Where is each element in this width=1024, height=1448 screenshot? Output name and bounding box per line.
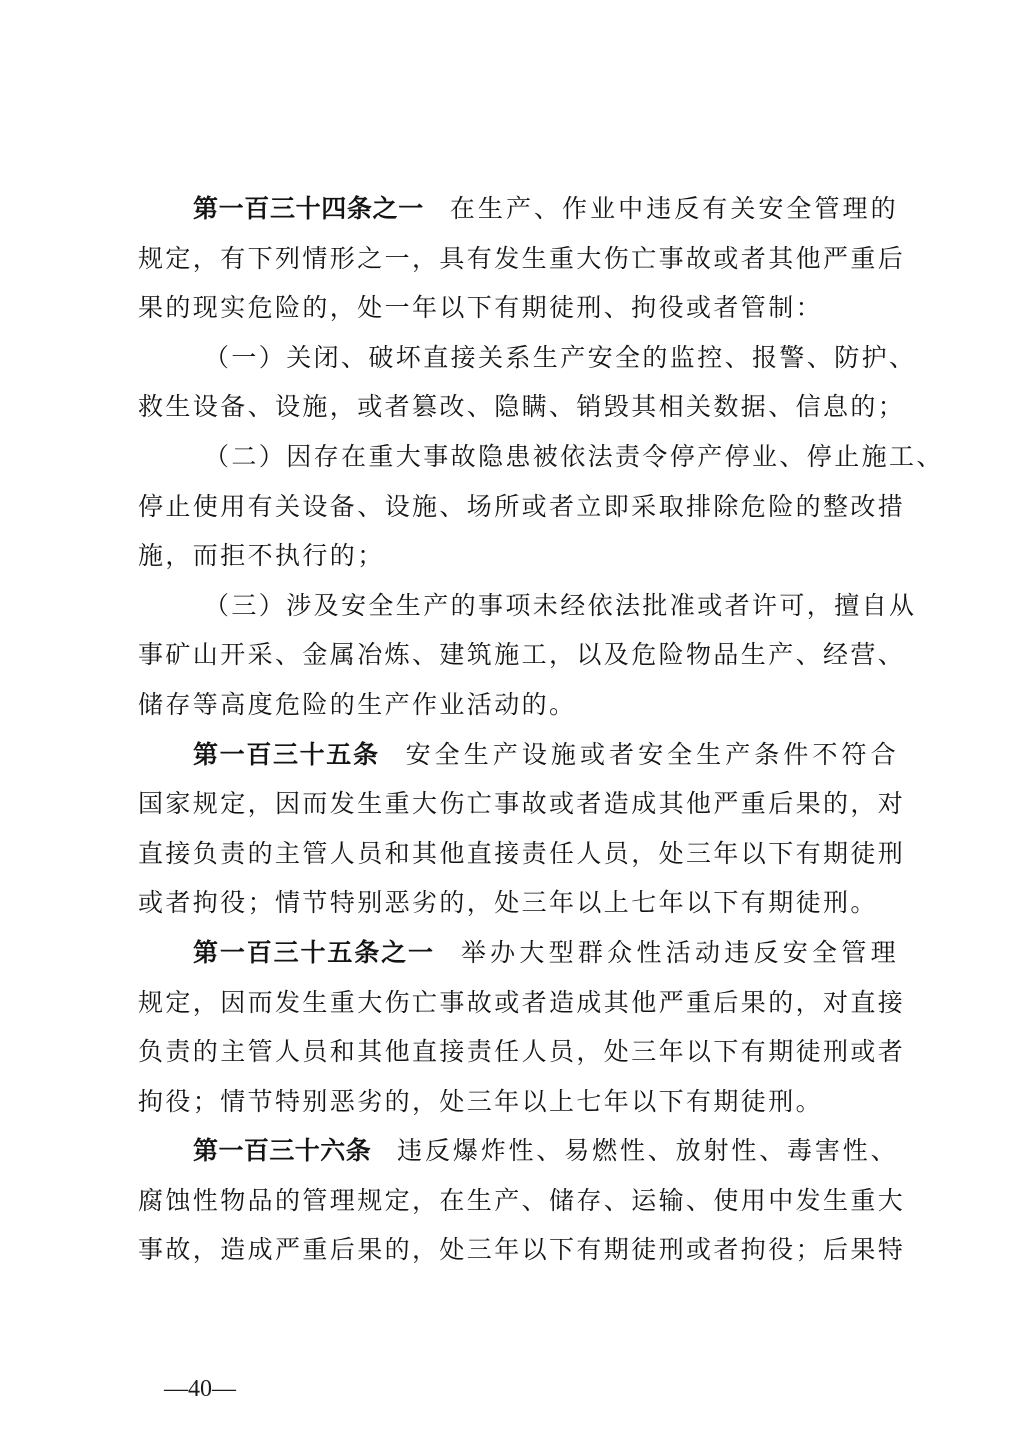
item-2-line-1: （二）因存在重大事故隐患被依法责令停产停业、停止施工、: [138, 432, 898, 482]
article-text: 举办大型群众性活动违反安全管理: [461, 938, 898, 967]
article-136-line-1: 第一百三十六条违反爆炸性、易燃性、放射性、毒害性、: [138, 1126, 898, 1176]
article-135-1-line-2: 规定，因而发生重大伤亡事故或者造成其他严重后果的，对直接: [138, 978, 898, 1028]
article-text: 安全生产设施或者安全生产条件不符合: [406, 740, 898, 769]
document-body: 第一百三十四条之一在生产、作业中违反有关安全管理的 规定，有下列情形之一，具有发…: [138, 184, 898, 1275]
article-136-line-2: 腐蚀性物品的管理规定，在生产、储存、运输、使用中发生重大: [138, 1176, 898, 1226]
item-2-line-3: 施，而拒不执行的；: [138, 531, 898, 581]
article-135-line-3: 直接负责的主管人员和其他直接责任人员，处三年以下有期徒刑: [138, 829, 898, 879]
item-1-line-2: 救生设备、设施，或者篡改、隐瞒、销毁其相关数据、信息的；: [138, 382, 898, 432]
item-3-line-3: 储存等高度危险的生产作业活动的。: [138, 680, 898, 730]
article-text: 在生产、作业中违反有关安全管理的: [450, 194, 898, 223]
article-heading: 第一百三十六条: [193, 1136, 371, 1165]
article-heading: 第一百三十五条之一: [193, 938, 435, 967]
article-134-1-line-2: 规定，有下列情形之一，具有发生重大伤亡事故或者其他严重后: [138, 234, 898, 284]
item-2-line-2: 停止使用有关设备、设施、场所或者立即采取排除危险的整改措: [138, 482, 898, 532]
article-135-line-2: 国家规定，因而发生重大伤亡事故或者造成其他严重后果的，对: [138, 779, 898, 829]
article-134-1-line-3: 果的现实危险的，处一年以下有期徒刑、拘役或者管制：: [138, 283, 898, 333]
item-3-line-2: 事矿山开采、金属冶炼、建筑施工，以及危险物品生产、经营、: [138, 630, 898, 680]
item-3-line-1: （三）涉及安全生产的事项未经依法批准或者许可，擅自从: [138, 581, 898, 631]
article-heading: 第一百三十五条: [193, 740, 380, 769]
page-number: —40—: [164, 1376, 236, 1403]
article-136-line-3: 事故，造成严重后果的，处三年以下有期徒刑或者拘役；后果特: [138, 1225, 898, 1275]
article-135-1-line-4: 拘役；情节特别恶劣的，处三年以上七年以下有期徒刑。: [138, 1077, 898, 1127]
article-135-1-line-1: 第一百三十五条之一举办大型群众性活动违反安全管理: [138, 928, 898, 978]
article-135-1-line-3: 负责的主管人员和其他直接责任人员，处三年以下有期徒刑或者: [138, 1027, 898, 1077]
article-134-1-line-1: 第一百三十四条之一在生产、作业中违反有关安全管理的: [138, 184, 898, 234]
item-1-line-1: （一）关闭、破坏直接关系生产安全的监控、报警、防护、: [138, 333, 898, 383]
article-heading: 第一百三十四条之一: [193, 194, 424, 223]
article-text: 违反爆炸性、易燃性、放射性、毒害性、: [397, 1136, 898, 1165]
article-135-line-1: 第一百三十五条安全生产设施或者安全生产条件不符合: [138, 730, 898, 780]
article-135-line-4: 或者拘役；情节特别恶劣的，处三年以上七年以下有期徒刑。: [138, 878, 898, 928]
